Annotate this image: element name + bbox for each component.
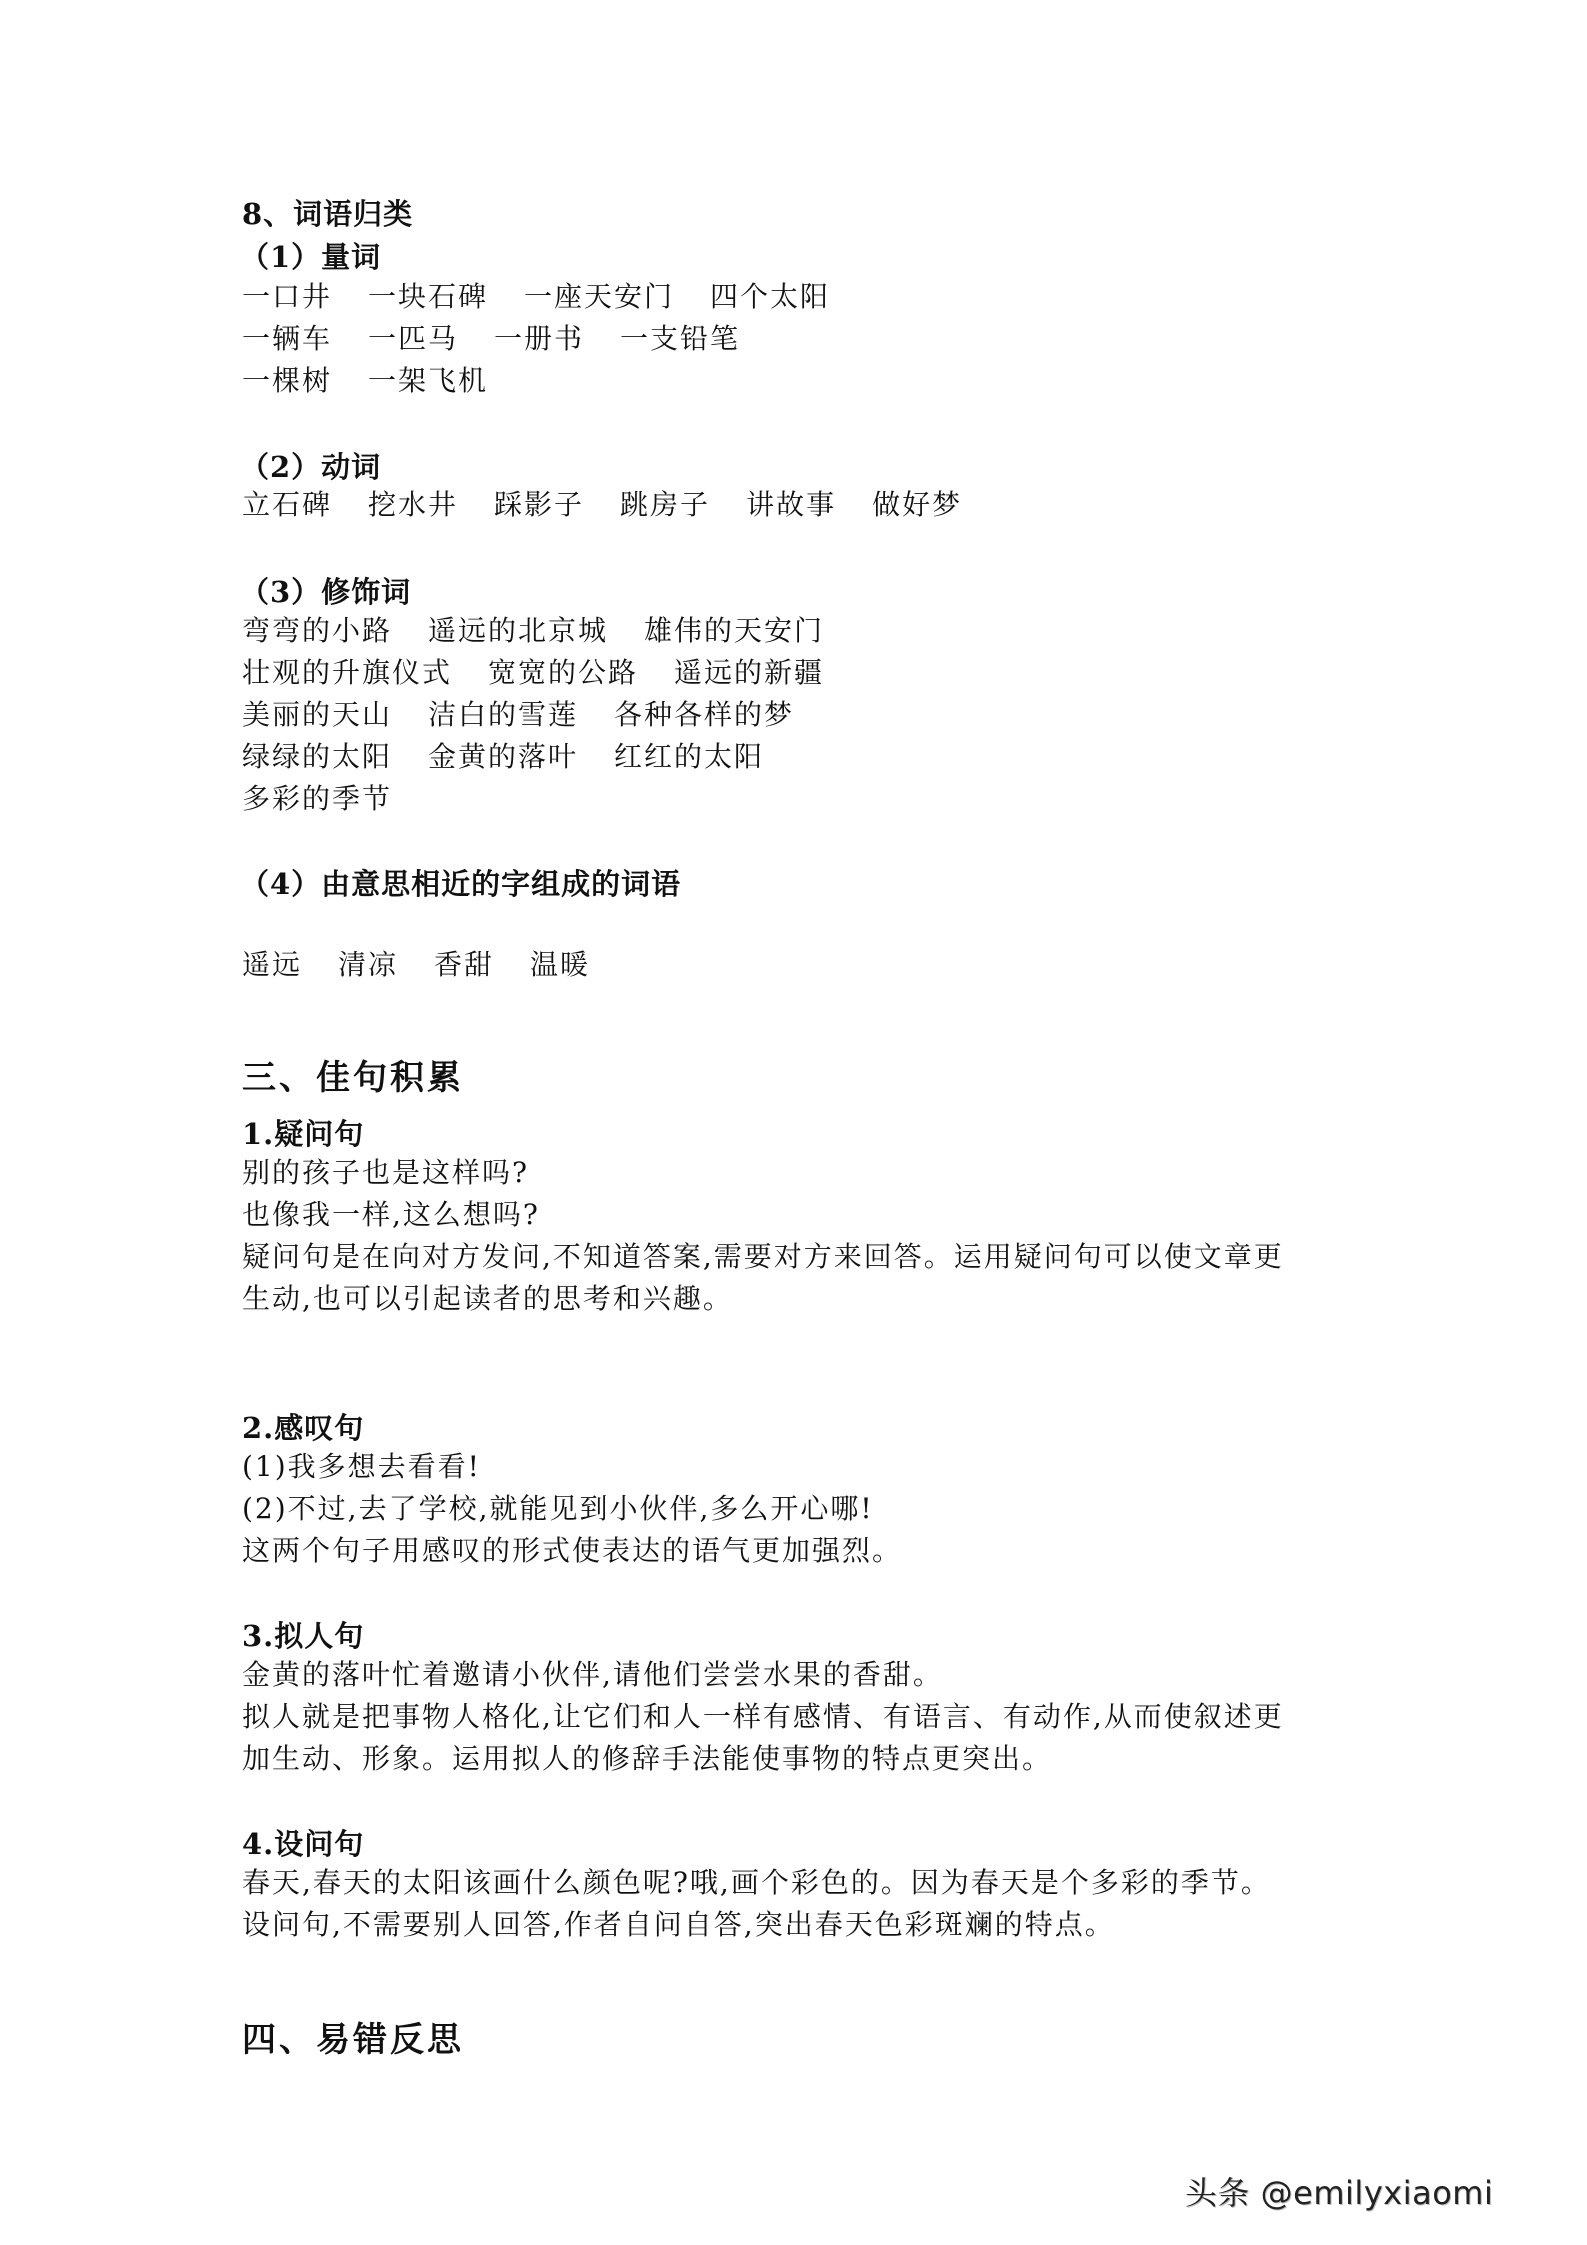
word-item: 绿绿的太阳 <box>242 736 392 778</box>
exclamatory-heading: 2.感叹句 <box>242 1406 364 1447</box>
text-line: 生动,也可以引起读者的思考和兴趣。 <box>242 1278 1362 1320</box>
word-item: 红红的太阳 <box>614 736 764 778</box>
word-item: 挖水井 <box>368 484 458 526</box>
word-row: 一棵树一架飞机 <box>242 360 866 402</box>
word-item: 雄伟的天安门 <box>644 610 824 652</box>
modifier-word-list: 弯弯的小路遥远的北京城雄伟的天安门 壮观的升旗仪式宽宽的公路遥远的新疆 美丽的天… <box>242 610 860 820</box>
personification-heading: 3.拟人句 <box>242 1614 364 1655</box>
word-row: 立石碑挖水井踩影子跳房子讲故事做好梦 <box>242 484 998 526</box>
word-item: 遥远的新疆 <box>674 652 824 694</box>
verb-word-list: 立石碑挖水井踩影子跳房子讲故事做好梦 <box>242 484 998 526</box>
word-item: 金黄的落叶 <box>428 736 578 778</box>
rhetorical-question-heading: 4.设问句 <box>242 1822 364 1863</box>
word-item: 讲故事 <box>746 484 836 526</box>
word-item: 洁白的雪莲 <box>428 694 578 736</box>
word-item: 一支铅笔 <box>620 318 740 360</box>
word-item: 一座天安门 <box>524 276 674 318</box>
text-line: 别的孩子也是这样吗? <box>242 1152 1362 1194</box>
word-item: 一架飞机 <box>368 360 488 402</box>
word-item: 宽宽的公路 <box>488 652 638 694</box>
section-8-heading: 8、词语归类 <box>242 192 413 233</box>
word-item: 遥远的北京城 <box>428 610 608 652</box>
word-row: 遥远清凉香甜温暖 <box>242 944 626 986</box>
word-row: 绿绿的太阳金黄的落叶红红的太阳 <box>242 736 860 778</box>
word-item: 踩影子 <box>494 484 584 526</box>
word-item: 一辆车 <box>242 318 332 360</box>
section-4-heading: 四、易错反思 <box>242 2012 464 2061</box>
watermark: 头条 @emilyxiaomi <box>1185 2168 1493 2214</box>
subsection-synonym-words-heading: （4）由意思相近的字组成的词语 <box>240 862 681 903</box>
word-row: 一辆车一匹马一册书一支铅笔 <box>242 318 866 360</box>
rhetorical-question-body: 春天,春天的太阳该画什么颜色呢?哦,画个彩色的。因为春天是个多彩的季节。 设问句… <box>242 1862 1362 1946</box>
section-3-heading: 三、佳句积累 <box>242 1050 464 1099</box>
text-line: 拟人就是把事物人格化,让它们和人一样有感情、有语言、有动作,从而使叙述更 <box>242 1696 1362 1738</box>
word-item: 一册书 <box>494 318 584 360</box>
word-item: 多彩的季节 <box>242 778 392 820</box>
word-row: 多彩的季节 <box>242 778 860 820</box>
word-item: 跳房子 <box>620 484 710 526</box>
word-row: 弯弯的小路遥远的北京城雄伟的天安门 <box>242 610 860 652</box>
word-row: 一口井一块石碑一座天安门四个太阳 <box>242 276 866 318</box>
text-line: 金黄的落叶忙着邀请小伙伴,请他们尝尝水果的香甜。 <box>242 1654 1362 1696</box>
text-line: 加生动、形象。运用拟人的修辞手法能使事物的特点更突出。 <box>242 1738 1362 1780</box>
word-item: 一口井 <box>242 276 332 318</box>
interrogative-body: 别的孩子也是这样吗? 也像我一样,这么想吗? 疑问句是在向对方发问,不知道答案,… <box>242 1152 1362 1320</box>
word-item: 一匹马 <box>368 318 458 360</box>
word-item: 各种各样的梦 <box>614 694 794 736</box>
word-item: 温暖 <box>530 944 590 986</box>
text-line: 这两个句子用感叹的形式使表达的语气更加强烈。 <box>242 1530 1362 1572</box>
text-line: (2)不过,去了学校,就能见到小伙伴,多么开心哪! <box>242 1488 1362 1530</box>
word-item: 一块石碑 <box>368 276 488 318</box>
quantifier-word-list: 一口井一块石碑一座天安门四个太阳 一辆车一匹马一册书一支铅笔 一棵树一架飞机 <box>242 276 866 402</box>
word-item: 清凉 <box>338 944 398 986</box>
interrogative-heading: 1.疑问句 <box>242 1112 364 1153</box>
subsection-modifiers-heading: （3）修饰词 <box>240 570 411 611</box>
word-item: 香甜 <box>434 944 494 986</box>
subsection-verbs-heading: （2）动词 <box>240 445 381 486</box>
word-item: 做好梦 <box>872 484 962 526</box>
word-item: 壮观的升旗仪式 <box>242 652 452 694</box>
subsection-quantifiers-heading: （1）量词 <box>240 235 381 276</box>
word-item: 一棵树 <box>242 360 332 402</box>
synonym-word-list: 遥远清凉香甜温暖 <box>242 944 626 986</box>
text-line: 设问句,不需要别人回答,作者自问自答,突出春天色彩斑斓的特点。 <box>242 1904 1362 1946</box>
word-row: 美丽的天山洁白的雪莲各种各样的梦 <box>242 694 860 736</box>
text-line: 疑问句是在向对方发问,不知道答案,需要对方来回答。运用疑问句可以使文章更 <box>242 1236 1362 1278</box>
exclamatory-body: (1)我多想去看看! (2)不过,去了学校,就能见到小伙伴,多么开心哪! 这两个… <box>242 1446 1362 1572</box>
word-row: 壮观的升旗仪式宽宽的公路遥远的新疆 <box>242 652 860 694</box>
word-item: 遥远 <box>242 944 302 986</box>
word-item: 弯弯的小路 <box>242 610 392 652</box>
text-line: 春天,春天的太阳该画什么颜色呢?哦,画个彩色的。因为春天是个多彩的季节。 <box>242 1862 1362 1904</box>
text-line: 也像我一样,这么想吗? <box>242 1194 1362 1236</box>
personification-body: 金黄的落叶忙着邀请小伙伴,请他们尝尝水果的香甜。 拟人就是把事物人格化,让它们和… <box>242 1654 1362 1780</box>
word-item: 四个太阳 <box>710 276 830 318</box>
text-line: (1)我多想去看看! <box>242 1446 1362 1488</box>
word-item: 美丽的天山 <box>242 694 392 736</box>
word-item: 立石碑 <box>242 484 332 526</box>
